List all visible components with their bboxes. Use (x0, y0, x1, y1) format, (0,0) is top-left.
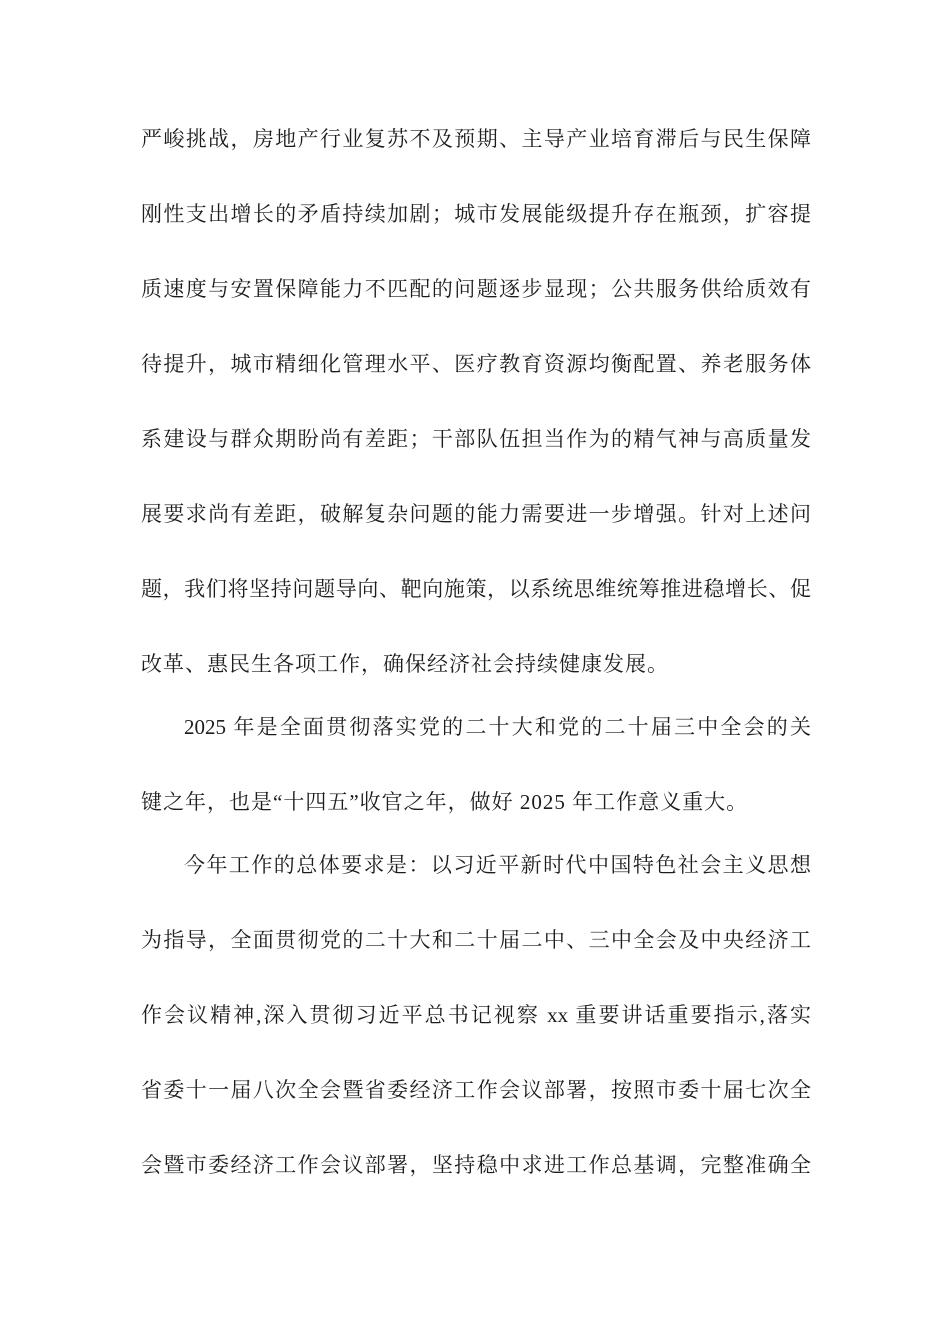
document-line: 省委十一届八次全会暨省委经济工作会议部署，按照市委十届七次全 (141, 1053, 811, 1128)
document-line: 刚性支出增长的矛盾持续加剧；城市发展能级提升存在瓶颈，扩容提 (141, 177, 811, 252)
document-line: 待提升，城市精细化管理水平、医疗教育资源均衡配置、养老服务体 (141, 327, 811, 402)
document-line: 2025 年是全面贯彻落实党的二十大和党的二十届三中全会的关 (141, 690, 811, 765)
document-text-block: 严峻挑战，房地产行业复苏不及预期、主导产业培育滞后与民生保障 刚性支出增长的矛盾… (141, 102, 811, 1203)
document-line: 质速度与安置保障能力不匹配的问题逐步显现；公共服务供给质效有 (141, 252, 811, 327)
document-line: 今年工作的总体要求是：以习近平新时代中国特色社会主义思想 (141, 828, 811, 903)
document-page: 严峻挑战，房地产行业复苏不及预期、主导产业培育滞后与民生保障 刚性支出增长的矛盾… (0, 0, 950, 1344)
document-line: 为指导，全面贯彻党的二十大和二十届二中、三中全会及中央经济工 (141, 903, 811, 978)
document-line: 作会议精神,深入贯彻习近平总书记视察 xx 重要讲话重要指示,落实 (141, 978, 811, 1053)
document-line: 严峻挑战，房地产行业复苏不及预期、主导产业培育滞后与民生保障 (141, 102, 811, 177)
document-line: 展要求尚有差距，破解复杂问题的能力需要进一步增强。针对上述问 (141, 477, 811, 552)
document-line: 系建设与群众期盼尚有差距；干部队伍担当作为的精气神与高质量发 (141, 402, 811, 477)
document-line: 题，我们将坚持问题导向、靶向施策，以系统思维统筹推进稳增长、促 (141, 552, 811, 627)
document-line: 会暨市委经济工作会议部署，坚持稳中求进工作总基调，完整准确全 (141, 1128, 811, 1203)
